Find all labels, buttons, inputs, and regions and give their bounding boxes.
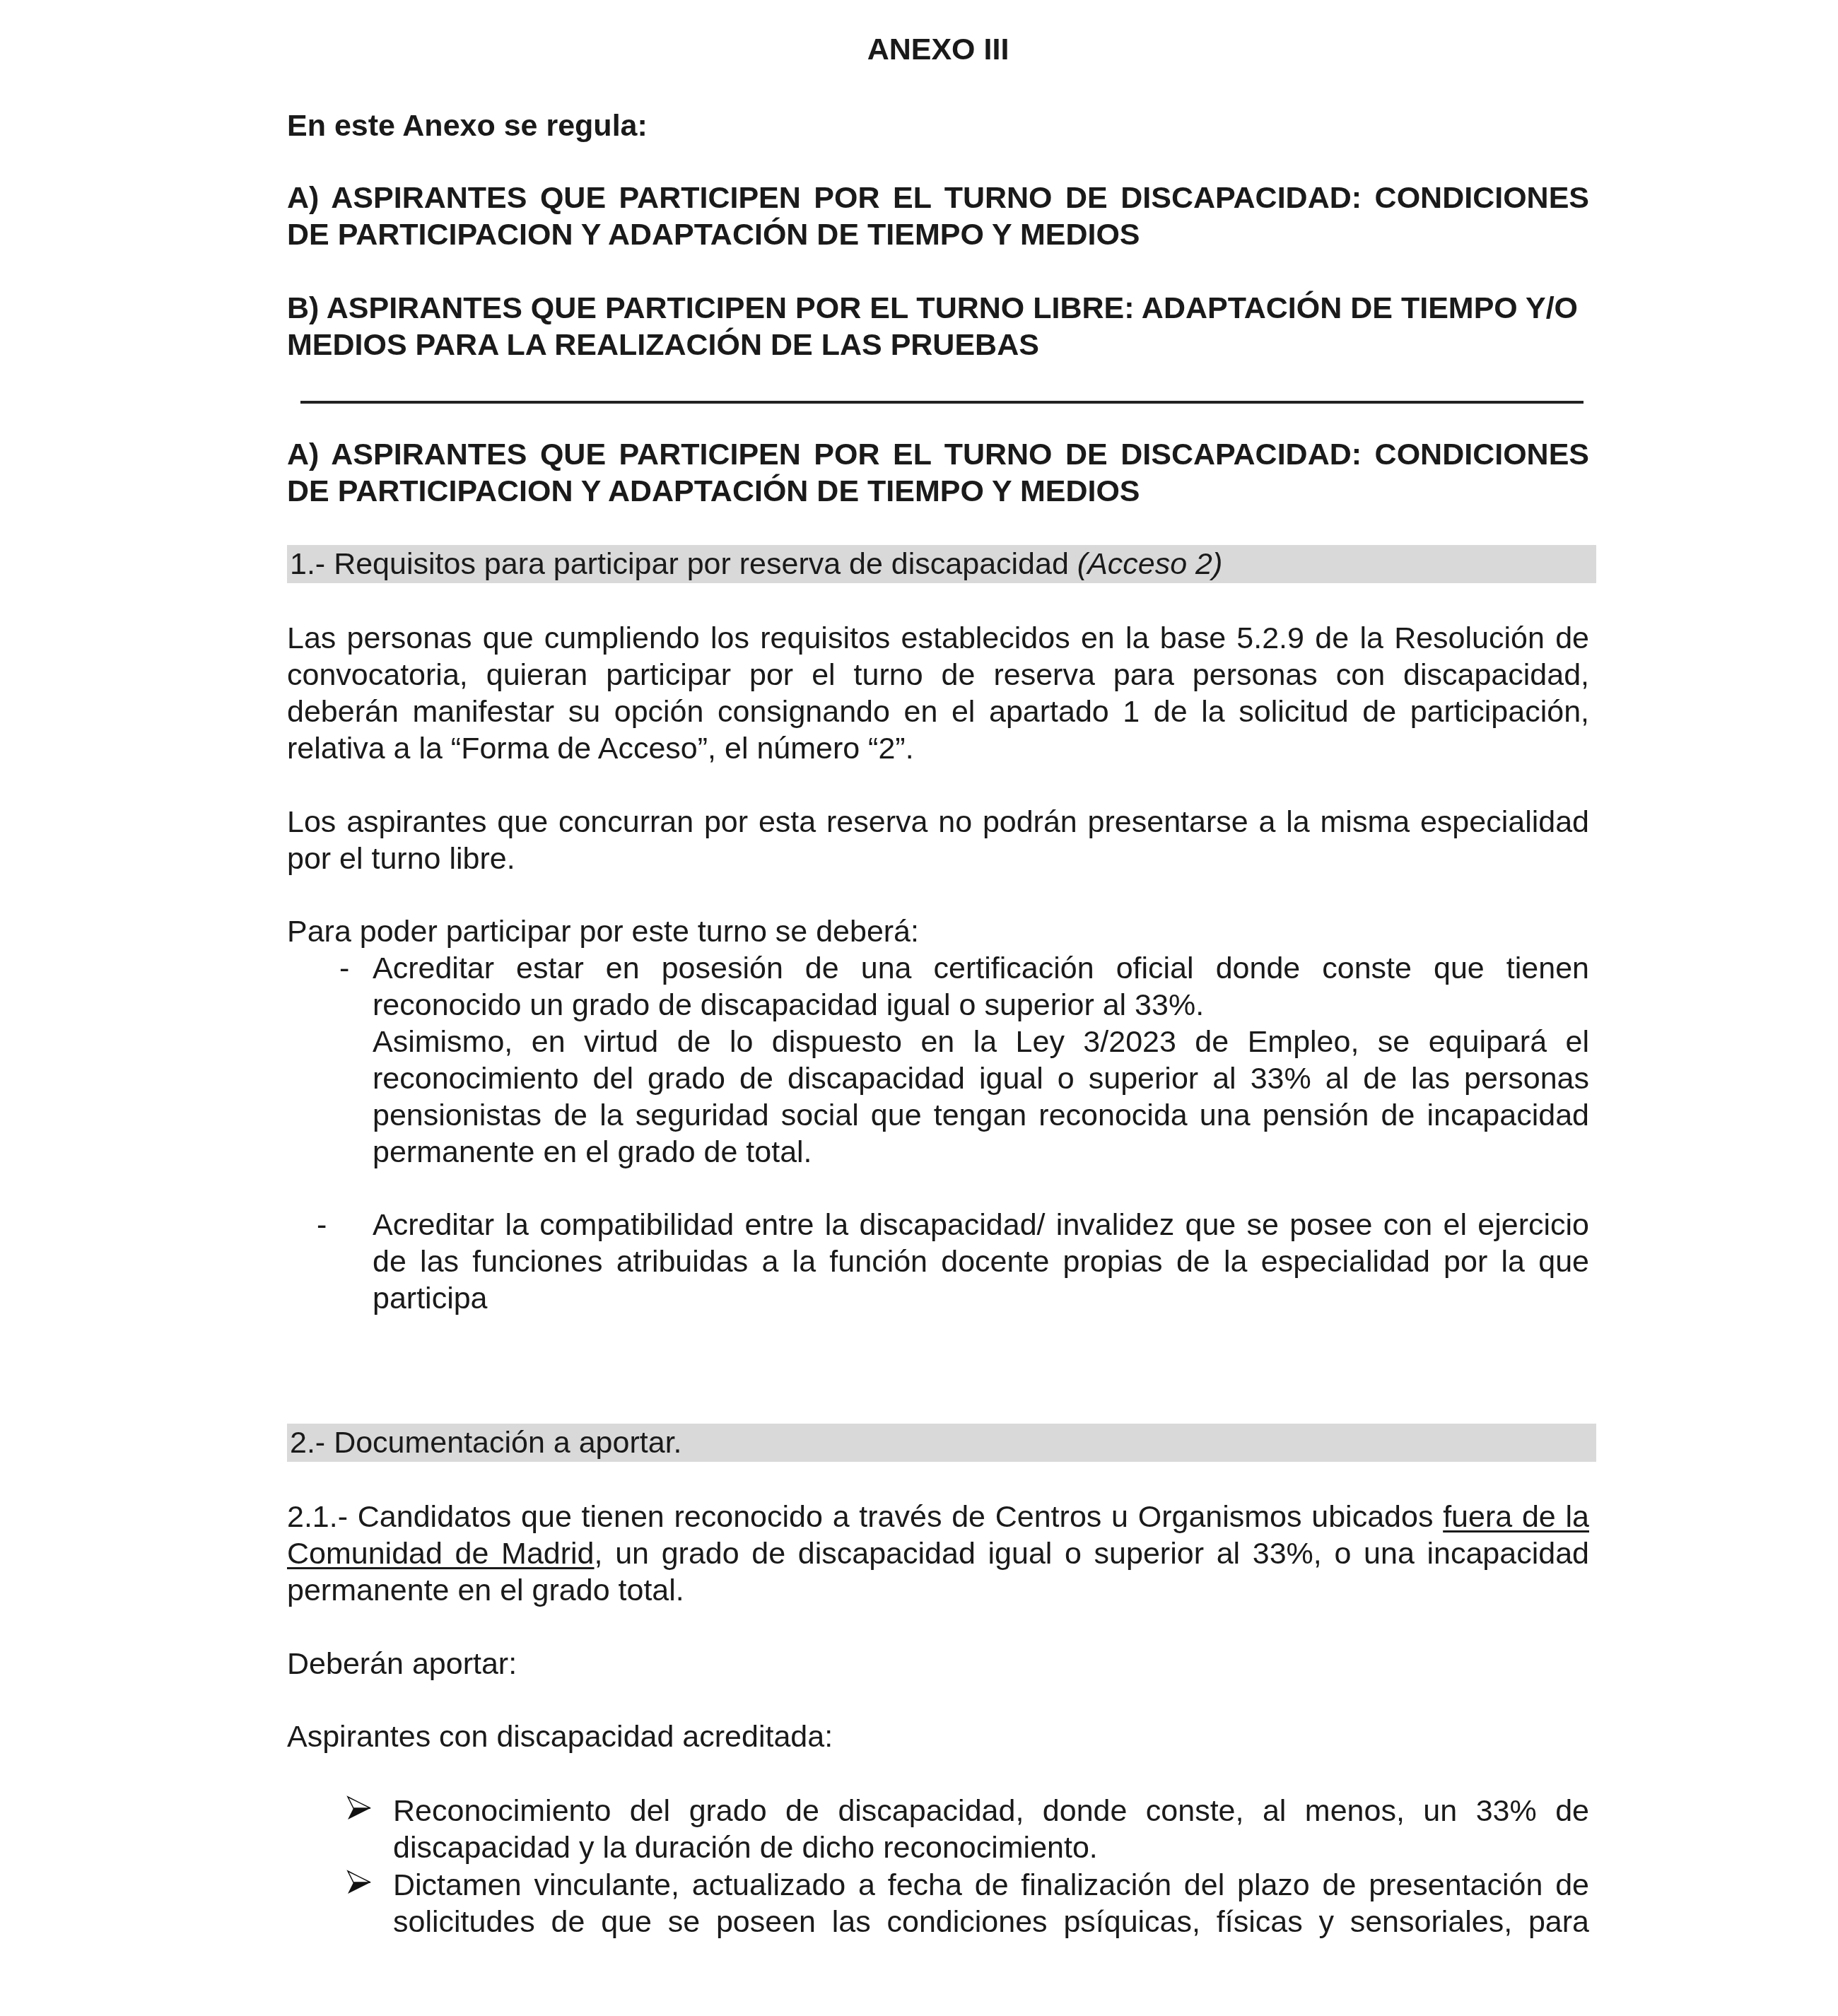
arrowhead-bullet-icon <box>346 1870 372 1895</box>
horizontal-divider <box>300 401 1584 404</box>
requirement-item-1-continuation: Asimismo, en virtud de lo dispuesto en l… <box>373 1024 1589 1171</box>
section-1-para-3: Para poder participar por este turno se … <box>287 913 1589 950</box>
section-2-heading-bar: 2.- Documentación a aportar. <box>287 1424 1596 1462</box>
section-2-1-prefix: 2.1.- Candidatos que tienen reconocido a… <box>287 1500 1443 1534</box>
section-1-para-2: Los aspirantes que concurran por esta re… <box>287 804 1589 877</box>
dash-bullet-2: - <box>317 1207 327 1243</box>
section-1-heading-access: (Acceso 2) <box>1077 547 1223 581</box>
arrowhead-bullet-icon <box>346 1795 372 1821</box>
section-1-heading-bar: 1.- Requisitos para participar por reser… <box>287 545 1596 583</box>
section-1-para-1: Las personas que cumpliendo los requisit… <box>287 620 1589 767</box>
dash-bullet-1: - <box>339 950 349 987</box>
section-2-heading: 2.- Documentación a aportar. <box>290 1426 682 1460</box>
document-item-2: Dictamen vinculante, actualizado a fecha… <box>393 1867 1589 1940</box>
toc-item-a: A) ASPIRANTES QUE PARTICIPEN POR EL TURN… <box>287 180 1589 253</box>
toc-item-b: B) ASPIRANTES QUE PARTICIPEN POR EL TURN… <box>287 290 1589 363</box>
annex-title: ANEXO III <box>287 31 1589 68</box>
requirement-item-2: Acreditar la compatibilidad entre la dis… <box>373 1207 1589 1317</box>
deberan-aportar-label: Deberán aportar: <box>287 1646 1589 1682</box>
section-2-1-text: 2.1.- Candidatos que tienen reconocido a… <box>287 1499 1589 1609</box>
intro-text: En este Anexo se regula: <box>287 107 1589 144</box>
document-item-1: Reconocimiento del grado de discapacidad… <box>393 1793 1589 1866</box>
section-1-heading: 1.- Requisitos para participar por reser… <box>290 547 1069 581</box>
requirement-item-1: Acreditar estar en posesión de una certi… <box>373 950 1589 1024</box>
section-a-heading: A) ASPIRANTES QUE PARTICIPEN POR EL TURN… <box>287 436 1589 510</box>
document-page: ANEXO III En este Anexo se regula: A) AS… <box>0 0 1838 2016</box>
aspirantes-label: Aspirantes con discapacidad acreditada: <box>287 1718 1589 1755</box>
